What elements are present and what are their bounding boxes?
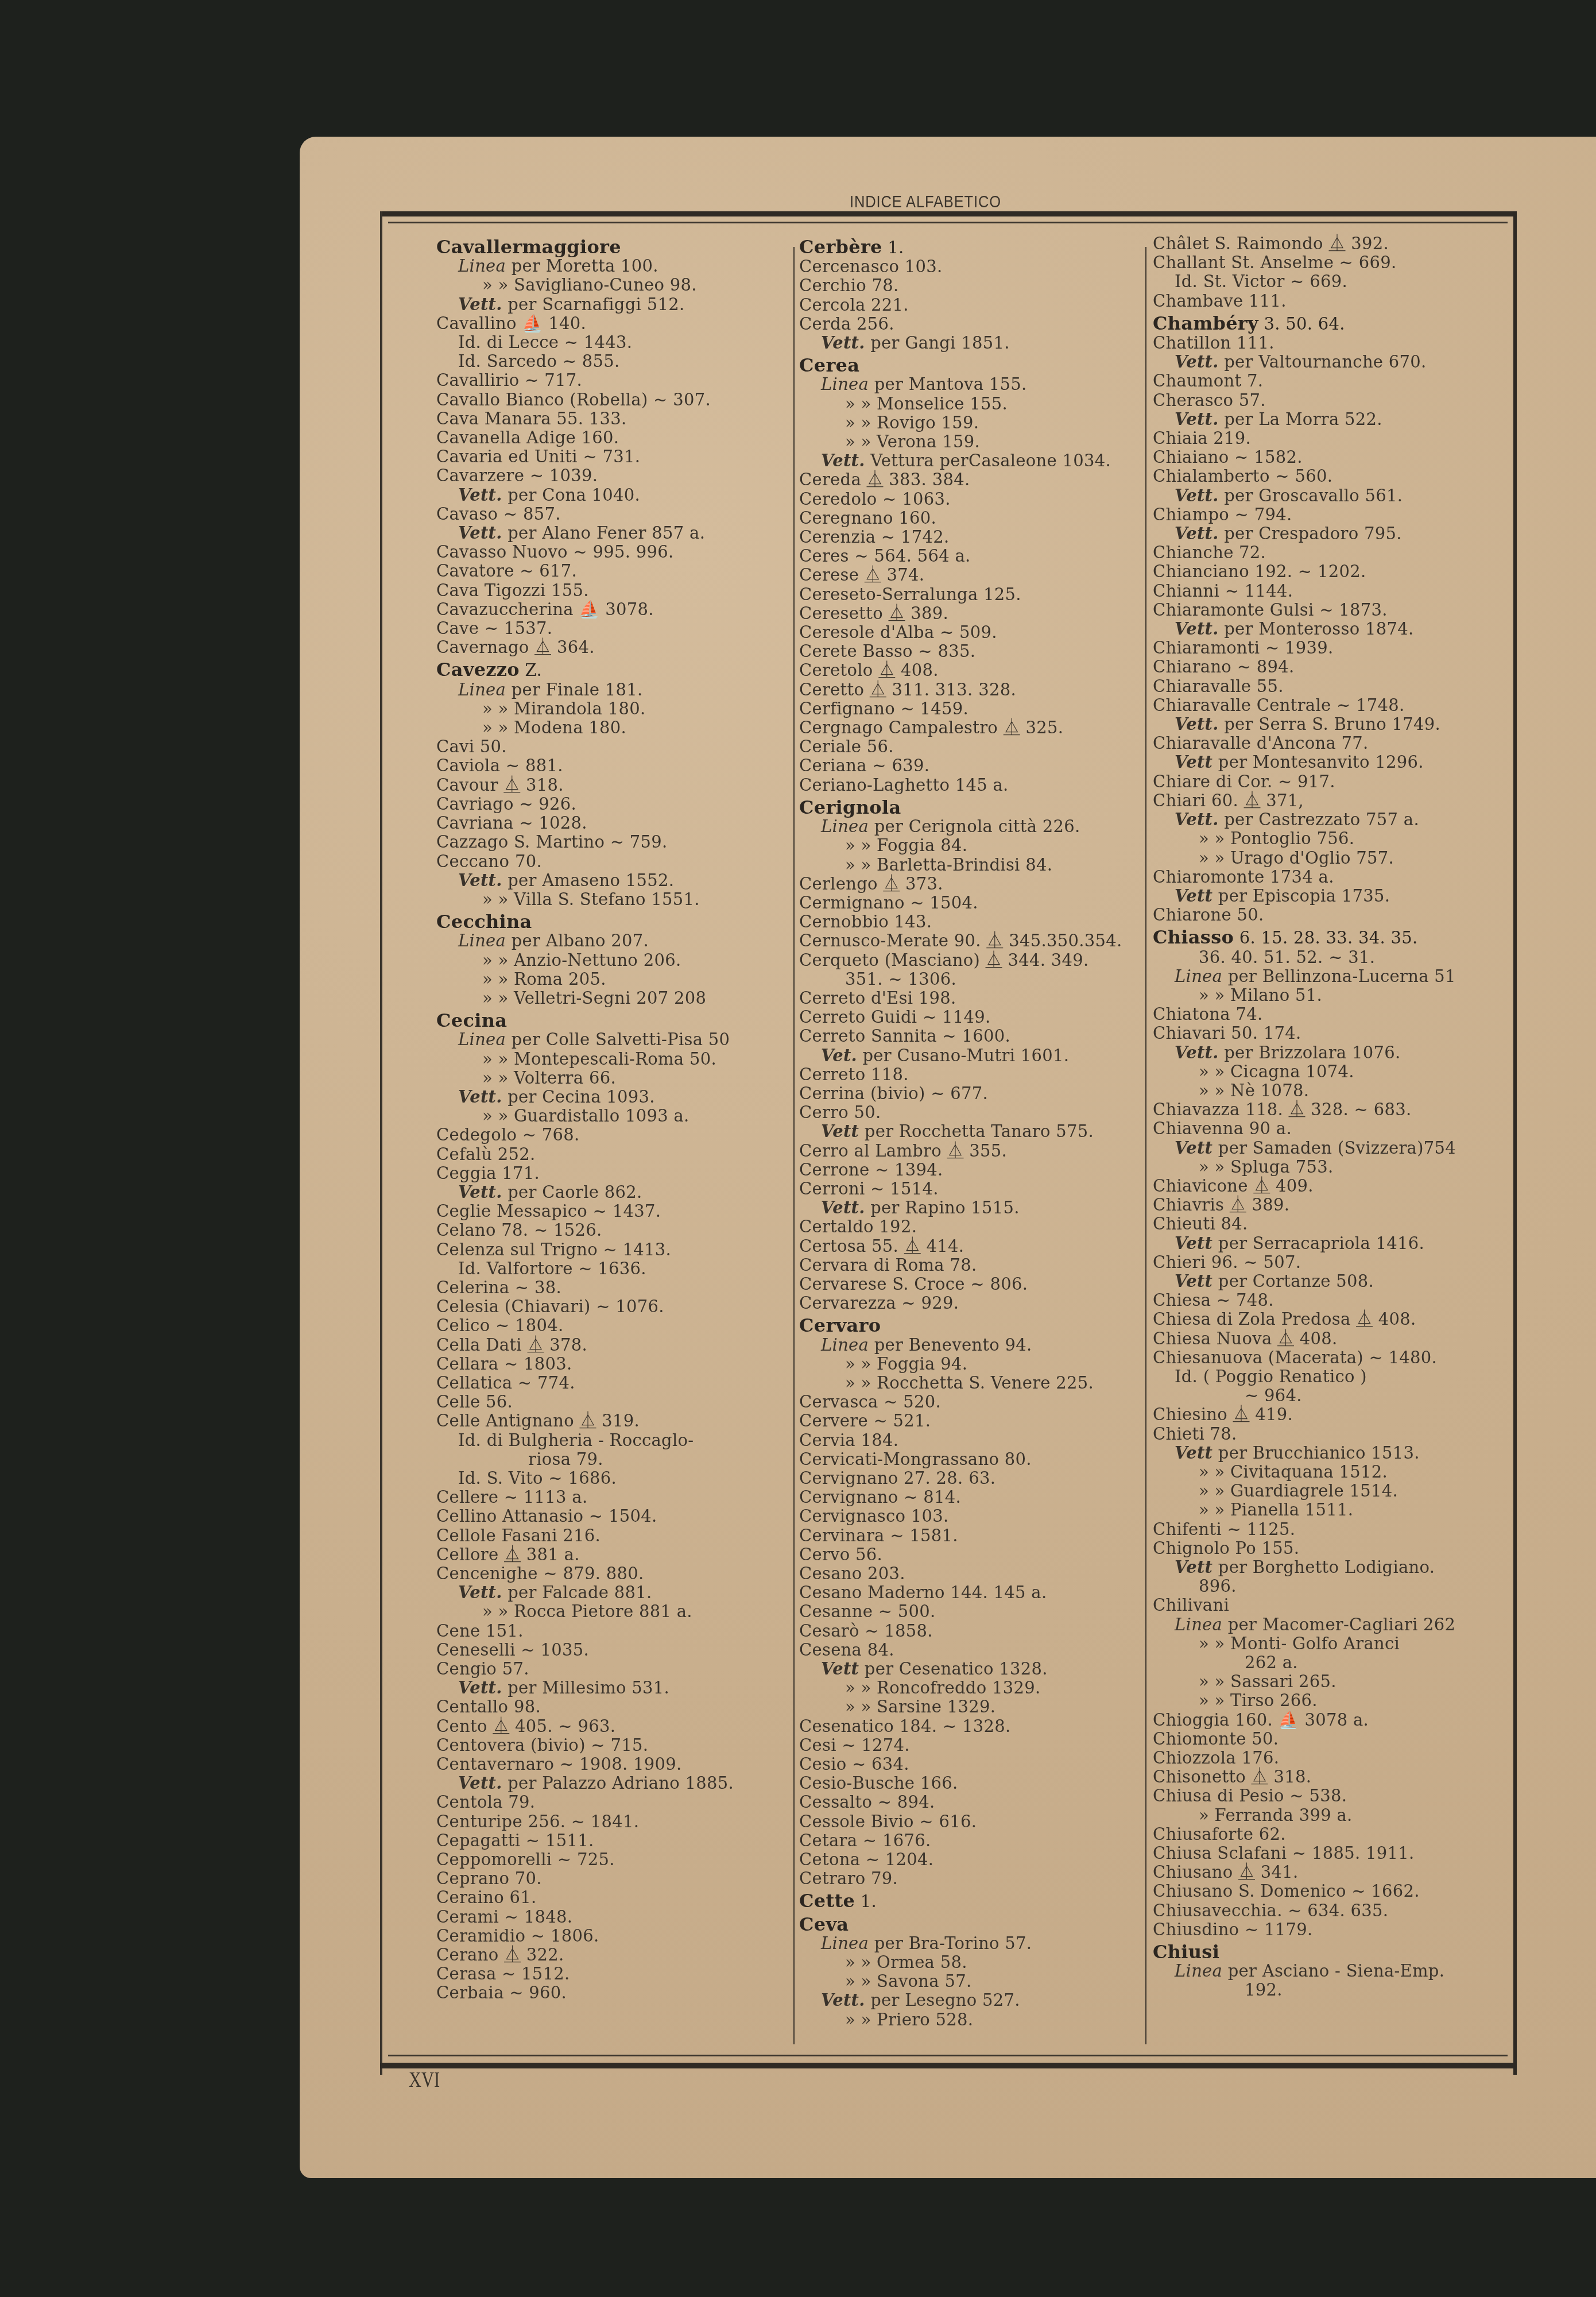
index-entry: Cerfignano ~ 1459. [799, 699, 1138, 718]
heading-name: Chiasso [1153, 926, 1234, 948]
index-subentry: » » Roma 205. [436, 970, 775, 989]
index-entry: Cergnago Campalestro ⏅ 325. [799, 718, 1138, 737]
index-entry: Cercenasco 103. [799, 257, 1138, 276]
frame-bottom-rule [380, 2063, 1514, 2068]
index-entry: Ceraino 61. [436, 1888, 775, 1907]
index-entry: Chianciano 192. ~ 1202. [1153, 562, 1497, 581]
index-subentry: Vett. per Cecina 1093. [436, 1088, 775, 1107]
index-entry: Cercola 221. [799, 296, 1138, 315]
carriage-label: Vett. [821, 333, 865, 353]
carriage-label: Vett [1175, 1557, 1213, 1577]
index-entry: Ceglie Messapico ~ 1437. [436, 1202, 775, 1221]
heading-refs: Z. [520, 660, 542, 680]
index-entry: Cetona ~ 1204. [799, 1850, 1138, 1869]
index-entry: Cavriana ~ 1028. [436, 814, 775, 833]
index-subentry: Id. di Lecce ~ 1443. [436, 333, 775, 352]
index-entry: Ceramidio ~ 1806. [436, 1927, 775, 1946]
heading-name: Cerea [799, 354, 859, 376]
line-label: Linea [821, 1335, 869, 1355]
index-subentry: Vett. Vettura perCasaleone 1034. [799, 451, 1138, 470]
index-entry: Chiesa ~ 748. [1153, 1291, 1497, 1310]
index-subentry: Id. Sarcedo ~ 855. [436, 352, 775, 371]
index-entry: Cavatore ~ 617. [436, 562, 775, 581]
heading-refs: 6. 15. 28. 33. 34. 35. [1234, 928, 1417, 948]
index-entry: Cerete Basso ~ 835. [799, 642, 1138, 661]
running-head: INDICE ALFABETICO [850, 192, 1001, 212]
index-entry: Chiavari 50. 174. [1153, 1024, 1497, 1043]
index-column-2: Cerbère 1.Cercenasco 103.Cerchio 78.Cerc… [799, 234, 1138, 2029]
index-subentry: Vett per Borghetto Lodigiano. [1153, 1558, 1497, 1577]
index-entry: Chifenti ~ 1125. [1153, 1520, 1497, 1539]
index-subentry: 36. 40. 51. 52. ~ 31. [1153, 948, 1497, 967]
index-entry: Ceresetto ⏅ 389. [799, 604, 1138, 623]
index-entry: Celico ~ 1804. [436, 1316, 775, 1335]
index-entry: Cavriago ~ 926. [436, 795, 775, 814]
index-entry: Cermignano ~ 1504. [799, 894, 1138, 912]
index-entry: Cervere ~ 521. [799, 1412, 1138, 1430]
index-entry: Cencenighe ~ 879. 880. [436, 1564, 775, 1583]
index-entry: Certosa 55. ⏅ 414. [799, 1237, 1138, 1256]
index-subentry: » » Tirso 266. [1153, 1691, 1497, 1710]
index-heading: Cecchina [436, 912, 775, 931]
index-subentry: Vett. per Millesimo 531. [436, 1679, 775, 1697]
index-entry: Chiaravalle d'Ancona 77. [1153, 734, 1497, 753]
carriage-label: Vett. [458, 1087, 502, 1107]
index-subentry: » » Pontoglio 756. [1153, 829, 1497, 848]
index-heading: Cerbère 1. [799, 238, 1138, 257]
index-entry: Caviola ~ 881. [436, 756, 775, 775]
heading-name: Cerignola [799, 796, 901, 818]
index-entry: Chieuti 84. [1153, 1215, 1497, 1233]
index-entry: Cellere ~ 1113 a. [436, 1488, 775, 1507]
index-subentry: Linea per Macomer-Cagliari 262 [1153, 1615, 1497, 1634]
index-subentry: Vett per Serracapriola 1416. [1153, 1234, 1497, 1253]
index-heading: Chiusi [1153, 1943, 1497, 1962]
carriage-label: Vett [1175, 1233, 1213, 1253]
index-subentry: » » Priero 528. [799, 2010, 1138, 2029]
index-subentry: » » Modena 180. [436, 718, 775, 737]
index-subentry: riosa 79. [436, 1450, 775, 1469]
index-subentry: » » Rocca Pietore 881 a. [436, 1602, 775, 1621]
index-subentry: Vett. per Scarnafiggi 512. [436, 295, 775, 314]
index-entry: Ceggia 171. [436, 1164, 775, 1183]
index-entry: Cerbaia ~ 960. [436, 1983, 775, 2002]
index-heading: Cavallermaggiore [436, 238, 775, 257]
index-subentry: Linea per Bra-Torino 57. [799, 1934, 1138, 1953]
heading-name: Cerbère [799, 236, 882, 258]
index-entry: Celerina ~ 38. [436, 1278, 775, 1297]
heading-name: Chambéry [1153, 312, 1258, 334]
index-entry: Chiaravalle 55. [1153, 677, 1497, 696]
line-label: Linea [821, 374, 869, 394]
index-subentry: Linea per Benevento 94. [799, 1336, 1138, 1355]
index-entry: Cerrina (bivio) ~ 677. [799, 1084, 1138, 1103]
index-subentry: Vett. per Falcade 881. [436, 1583, 775, 1602]
index-entry: Celesia (Chiavari) ~ 1076. [436, 1297, 775, 1316]
index-subentry: Linea per Moretta 100. [436, 257, 775, 276]
index-subentry: Vett. per Alano Fener 857 a. [436, 524, 775, 543]
index-entry: Chiaramonte Gulsi ~ 1873. [1153, 601, 1497, 620]
index-subentry: Vett. per Serra S. Bruno 1749. [1153, 715, 1497, 734]
page-number: XVI [409, 2067, 440, 2093]
index-entry: Cervignasco 103. [799, 1507, 1138, 1526]
index-subentry: 262 a. [1153, 1653, 1497, 1672]
index-entry: Cesio-Busche 166. [799, 1774, 1138, 1793]
index-subentry: Vet. per Cusano-Mutri 1601. [799, 1046, 1138, 1065]
index-entry: Cesenatico 184. ~ 1328. [799, 1717, 1138, 1736]
index-entry: Cava Manara 55. 133. [436, 409, 775, 428]
index-entry: Cetara ~ 1676. [799, 1831, 1138, 1850]
index-entry: Chiavris ⏅ 389. [1153, 1196, 1497, 1215]
index-entry: Cavasso Nuovo ~ 995. 996. [436, 543, 775, 562]
index-entry: Chambave 111. [1153, 292, 1497, 311]
line-label: Linea [458, 680, 506, 699]
carriage-label: Vett. [458, 1583, 502, 1602]
index-entry: Cesena 84. [799, 1641, 1138, 1660]
index-entry: Chianni ~ 1144. [1153, 582, 1497, 601]
index-subentry: » » Foggia 84. [799, 836, 1138, 855]
line-label: Linea [1175, 966, 1222, 986]
index-entry: Ceccano 70. [436, 852, 775, 871]
index-subentry: » » Volterra 66. [436, 1069, 775, 1088]
column-divider [793, 247, 795, 2044]
carriage-label: Vett. [458, 871, 502, 890]
index-entry: Chiampo ~ 794. [1153, 505, 1497, 524]
carriage-label: Vett [821, 1659, 859, 1679]
index-entry: Cavanella Adige 160. [436, 428, 775, 447]
index-entry: Chiusaforte 62. [1153, 1825, 1497, 1844]
index-entry: Cerasa ~ 1512. [436, 1965, 775, 1983]
carriage-label: Vett. [458, 485, 502, 505]
index-entry: Chiesa Nuova ⏅ 408. [1153, 1329, 1497, 1348]
line-label: Linea [821, 817, 869, 836]
index-entry: Cerreto 118. [799, 1065, 1138, 1084]
index-subentry: » » Sarsine 1329. [799, 1697, 1138, 1716]
index-entry: Chieti 78. [1153, 1425, 1497, 1444]
index-subentry: » » Guardistallo 1093 a. [436, 1107, 775, 1126]
index-heading: Cavezzo Z. [436, 660, 775, 680]
carriage-label: Vett. [458, 1773, 502, 1793]
index-entry: Cavallo Bianco (Robella) ~ 307. [436, 390, 775, 409]
index-entry: Chiarano ~ 894. [1153, 658, 1497, 676]
index-entry: Chiavazza 118. ⏅ 328. ~ 683. [1153, 1100, 1497, 1119]
index-entry: Cervarezza ~ 929. [799, 1294, 1138, 1313]
index-column-1: CavallermaggioreLinea per Moretta 100.» … [436, 234, 775, 2003]
heading-name: Chiusi [1153, 1941, 1219, 1963]
index-entry: Cavarzere ~ 1039. [436, 466, 775, 485]
index-heading: Cerignola [799, 798, 1138, 817]
index-entry: Cervinara ~ 1581. [799, 1526, 1138, 1545]
index-entry: Cesano Maderno 144. 145 a. [799, 1583, 1138, 1602]
heading-name: Ceva [799, 1913, 849, 1935]
heading-name: Cecchina [436, 911, 532, 933]
index-subentry: Linea per Mantova 155. [799, 375, 1138, 394]
index-entry: Cavaria ed Uniti ~ 731. [436, 447, 775, 466]
carriage-label: Vett [1175, 1138, 1213, 1158]
index-subentry: » » Spluga 753. [1153, 1158, 1497, 1177]
index-entry: Chiatona 74. [1153, 1005, 1497, 1024]
index-entry: Cento ⏅ 405. ~ 963. [436, 1717, 775, 1736]
index-subentry: » » Mirandola 180. [436, 699, 775, 718]
index-entry: Ceriano-Laghetto 145 a. [799, 776, 1138, 795]
index-entry: Ceprano 70. [436, 1869, 775, 1888]
index-subentry: » Ferranda 399 a. [1153, 1806, 1497, 1825]
index-entry: Ceres ~ 564. 564 a. [799, 547, 1138, 566]
carriage-label: Vett. [1175, 352, 1219, 372]
index-entry: Ceriana ~ 639. [799, 756, 1138, 775]
index-entry: Cedegolo ~ 768. [436, 1126, 775, 1144]
index-subentry: » » Monselice 155. [799, 395, 1138, 413]
heading-refs: 1. [855, 1892, 877, 1911]
index-entry: Cavaso ~ 857. [436, 505, 775, 524]
index-subentry: Linea per Albano 207. [436, 931, 775, 950]
index-entry: Cerlengo ⏅ 373. [799, 875, 1138, 894]
carriage-label: Vet. [821, 1046, 857, 1065]
index-entry: Chaumont 7. [1153, 372, 1497, 390]
index-subentry: » » Nè 1078. [1153, 1081, 1497, 1100]
index-entry: Cerqueto (Masciano) ⏅ 344. 349. [799, 951, 1138, 970]
carriage-label: Vett. [1175, 810, 1219, 829]
index-entry: Cereda ⏅ 383. 384. [799, 470, 1138, 489]
index-entry: Chiomonte 50. [1153, 1730, 1497, 1749]
index-subentry: Vett. per Groscavallo 561. [1153, 486, 1497, 505]
index-entry: Cherasco 57. [1153, 391, 1497, 410]
index-entry: Cesi ~ 1274. [799, 1736, 1138, 1755]
carriage-label: Vett. [458, 295, 502, 314]
index-subentry: Vett. per Lesegno 527. [799, 1991, 1138, 2010]
index-subentry: Vett. per Amaseno 1552. [436, 871, 775, 890]
frame-bottom-thin-rule [388, 2055, 1508, 2056]
index-entry: Cavazuccherina ⛵ 3078. [436, 600, 775, 619]
index-entry: Chiavenna 90 a. [1153, 1119, 1497, 1138]
index-entry: Chiusa Sclafani ~ 1885. 1911. [1153, 1844, 1497, 1863]
index-entry: Cerda 256. [799, 315, 1138, 334]
index-entry: Chioggia 160. ⛵ 3078 a. [1153, 1711, 1497, 1730]
index-entry: Cefalù 252. [436, 1145, 775, 1164]
index-subentry: Vett. per Cona 1040. [436, 486, 775, 505]
index-subentry: » » Foggia 94. [799, 1355, 1138, 1374]
index-subentry: Vett. per Valtournanche 670. [1153, 353, 1497, 372]
index-entry: Cepagatti ~ 1511. [436, 1831, 775, 1850]
carriage-label: Vett. [1175, 486, 1219, 505]
index-subentry: Linea per Bellinzona-Lucerna 51 [1153, 967, 1497, 986]
index-subentry: Vett per Samaden (Svizzera)754 [1153, 1139, 1497, 1158]
index-subentry: » » Milano 51. [1153, 986, 1497, 1005]
heading-refs: 1. [882, 238, 904, 257]
index-entry: Chiesino ⏅ 419. [1153, 1405, 1497, 1424]
index-entry: Châlet S. Raimondo ⏅ 392. [1153, 234, 1497, 253]
index-entry: Cervicati-Mongrassano 80. [799, 1450, 1138, 1469]
index-entry: Celano 78. ~ 1526. [436, 1221, 775, 1240]
heading-name: Cette [799, 1890, 855, 1912]
index-entry: Chieri 96. ~ 507. [1153, 1253, 1497, 1272]
carriage-label: Vett. [458, 523, 502, 543]
carriage-label: Vett. [458, 1678, 502, 1697]
index-subentry: » » Velletri-Segni 207 208 [436, 989, 775, 1008]
index-entry: Cerrone ~ 1394. [799, 1161, 1138, 1180]
index-subentry: Vett per Montesanvito 1296. [1153, 753, 1497, 772]
index-subentry: Vett. per Palazzo Adriano 1885. [436, 1774, 775, 1793]
heading-name: Cervaro [799, 1314, 881, 1336]
index-entry: Cene 151. [436, 1622, 775, 1641]
index-subentry: » » Sassari 265. [1153, 1672, 1497, 1691]
index-entry: Centuripe 256. ~ 1841. [436, 1812, 775, 1831]
index-subentry: Linea per Cerignola città 226. [799, 817, 1138, 836]
index-entry: Chiaia 219. [1153, 429, 1497, 448]
index-entry: Celle 56. [436, 1393, 775, 1412]
index-subentry: » » Savona 57. [799, 1972, 1138, 1991]
index-subentry: » » Villa S. Stefano 1551. [436, 890, 775, 909]
index-entry: Chisonetto ⏅ 318. [1153, 1768, 1497, 1786]
index-subentry: Vett. per Brizzolara 1076. [1153, 1043, 1497, 1062]
index-entry: Cervignano ~ 814. [799, 1488, 1138, 1507]
heading-name: Cecina [436, 1010, 507, 1031]
index-entry: Chiusano S. Domenico ~ 1662. [1153, 1882, 1497, 1901]
carriage-label: Vett [1175, 1271, 1213, 1291]
index-entry: Centovera (bivio) ~ 715. [436, 1736, 775, 1755]
line-label: Linea [458, 931, 506, 950]
line-label: Linea [821, 1933, 869, 1953]
index-entry: Cavernago ⏅ 364. [436, 638, 775, 657]
index-subentry: Vett per Rocchetta Tanaro 575. [799, 1122, 1138, 1141]
index-entry: Cengio 57. [436, 1660, 775, 1679]
index-entry: Cerese ⏅ 374. [799, 566, 1138, 585]
index-heading: Cecina [436, 1011, 775, 1030]
index-entry: Cervia 184. [799, 1431, 1138, 1450]
index-entry: Chignolo Po 155. [1153, 1539, 1497, 1558]
index-entry: Chiarone 50. [1153, 906, 1497, 925]
index-entry: Centola 79. [436, 1793, 775, 1812]
index-entry: Chiari 60. ⏅ 371, [1153, 791, 1497, 810]
index-heading: Cerea [799, 356, 1138, 375]
index-entry: Centavernaro ~ 1908. 1909. [436, 1755, 775, 1774]
index-entry: Cerreto Sannita ~ 1600. [799, 1027, 1138, 1046]
carriage-label: Vett [821, 1122, 859, 1141]
index-entry: Chiaromonte 1734 a. [1153, 868, 1497, 887]
index-entry: Cervarese S. Croce ~ 806. [799, 1275, 1138, 1294]
index-subentry: » » Roncofreddo 1329. [799, 1679, 1138, 1697]
carriage-label: Vett [1175, 886, 1213, 906]
index-subentry: Vett. per Crespadoro 795. [1153, 524, 1497, 543]
index-subentry: Id. ( Poggio Renatico ) [1153, 1367, 1497, 1386]
index-entry: Cerroni ~ 1514. [799, 1180, 1138, 1198]
column-divider [1145, 247, 1146, 2044]
index-heading: Cette 1. [799, 1892, 1138, 1911]
index-entry: Chiusavecchia. ~ 634. 635. [1153, 1901, 1497, 1920]
line-label: Linea [458, 1030, 506, 1049]
index-entry: Cervasca ~ 520. [799, 1393, 1138, 1412]
index-entry: Ceriale 56. [799, 737, 1138, 756]
index-subentry: » » Ormea 58. [799, 1953, 1138, 1972]
index-subentry: Vett per Episcopia 1735. [1153, 887, 1497, 906]
carriage-label: Vett. [1175, 714, 1219, 734]
carriage-label: Vett [1175, 752, 1213, 772]
index-entry: Cellara ~ 1803. [436, 1355, 775, 1374]
index-subentry: Vett per Cortanze 508. [1153, 1272, 1497, 1291]
index-subentry: Vett. per Caorle 862. [436, 1183, 775, 1202]
line-label: Linea [1175, 1615, 1222, 1634]
index-entry: Cellino Attanasio ~ 1504. [436, 1507, 775, 1526]
index-entry: Cereseto-Serralunga 125. [799, 585, 1138, 604]
index-subentry: » » Verona 159. [799, 432, 1138, 451]
index-entry: Cavallirio ~ 717. [436, 371, 775, 390]
line-label: Linea [1175, 1961, 1222, 1981]
carriage-label: Vett [1175, 1443, 1213, 1463]
index-entry: Cernobbio 143. [799, 912, 1138, 931]
index-entry: Celenza sul Trigno ~ 1413. [436, 1240, 775, 1259]
carriage-label: Vett. [1175, 409, 1219, 429]
index-entry: Ceneselli ~ 1035. [436, 1641, 775, 1660]
index-subentry: » » Monti- Golfo Aranci [1153, 1634, 1497, 1653]
index-subentry: » » Civitaquana 1512. [1153, 1463, 1497, 1482]
index-entry: Cesarò ~ 1858. [799, 1622, 1138, 1641]
index-entry: Cerchio 78. [799, 276, 1138, 295]
carriage-label: Vett. [821, 1990, 865, 2010]
index-entry: Chiozzola 176. [1153, 1749, 1497, 1768]
index-entry: Chiesa di Zola Predosa ⏅ 408. [1153, 1310, 1497, 1329]
carriage-label: Vett. [821, 451, 865, 470]
index-heading: Chiasso 6. 15. 28. 33. 34. 35. [1153, 928, 1497, 948]
index-entry: Cessalto ~ 894. [799, 1793, 1138, 1812]
index-subentry: Vett per Brucchianico 1513. [1153, 1444, 1497, 1463]
index-entry: Cernusco-Merate 90. ⏅ 345.350.354. [799, 931, 1138, 950]
index-subentry: » » Cicagna 1074. [1153, 1062, 1497, 1081]
index-entry: Celle Antignano ⏅ 319. [436, 1412, 775, 1430]
index-entry: Chiusdino ~ 1179. [1153, 1920, 1497, 1939]
index-heading: Cervaro [799, 1316, 1138, 1335]
index-entry: Cervignano 27. 28. 63. [799, 1469, 1138, 1488]
heading-refs: 3. 50. 64. [1258, 314, 1345, 334]
index-subentry: 351. ~ 1306. [799, 970, 1138, 989]
index-entry: Cervo 56. [799, 1545, 1138, 1564]
index-entry: Chiaravalle Centrale ~ 1748. [1153, 696, 1497, 715]
index-entry: Cella Dati ⏅ 378. [436, 1336, 775, 1355]
index-subentry: Linea per Finale 181. [436, 680, 775, 699]
index-subentry: Id. di Bulgheria - Roccaglo- [436, 1431, 775, 1450]
index-entry: Cave ~ 1537. [436, 619, 775, 638]
index-entry: Ceretolo ⏅ 408. [799, 661, 1138, 680]
index-entry: Cerreto d'Esi 198. [799, 989, 1138, 1008]
index-entry: Ceresole d'Alba ~ 509. [799, 623, 1138, 642]
index-subentry: » » Savigliano-Cuneo 98. [436, 276, 775, 295]
index-subentry: » » Guardiagrele 1514. [1153, 1482, 1497, 1501]
index-entry: Chiare di Cor. ~ 917. [1153, 772, 1497, 791]
index-entry: Cerenzia ~ 1742. [799, 528, 1138, 547]
index-subentry: Vett. per Monterosso 1874. [1153, 620, 1497, 639]
index-entry: Ceretto ⏅ 311. 313. 328. [799, 680, 1138, 699]
index-subentry: Vett. per Castrezzato 757 a. [1153, 810, 1497, 829]
index-entry: Cetraro 79. [799, 1869, 1138, 1888]
index-entry: Cavallino ⛵ 140. [436, 314, 775, 333]
carriage-label: Vett. [1175, 619, 1219, 639]
index-entry: Chiaiano ~ 1582. [1153, 448, 1497, 467]
index-entry: Chiusano ⏅ 341. [1153, 1863, 1497, 1882]
carriage-label: Vett. [458, 1182, 502, 1202]
index-entry: Cavour ⏅ 318. [436, 776, 775, 795]
index-subentry: Linea per Asciano - Siena-Emp. [1153, 1962, 1497, 1981]
index-entry: Cellatica ~ 774. [436, 1374, 775, 1393]
index-entry: Ceregnano 160. [799, 509, 1138, 528]
index-entry: Centallo 98. [436, 1697, 775, 1716]
index-subentry: » » Anzio-Nettuno 206. [436, 951, 775, 970]
index-subentry: Id. S. Vito ~ 1686. [436, 1469, 775, 1488]
index-column-3: Châlet S. Raimondo ⏅ 392.Challant St. An… [1153, 234, 1497, 2000]
heading-name: Cavezzo [436, 659, 520, 680]
index-entry: Chiaramonti ~ 1939. [1153, 639, 1497, 658]
index-subentry: » » Barletta-Brindisi 84. [799, 856, 1138, 875]
index-entry: Cava Tigozzi 155. [436, 581, 775, 600]
index-entry: Cellore ⏅ 381 a. [436, 1545, 775, 1564]
